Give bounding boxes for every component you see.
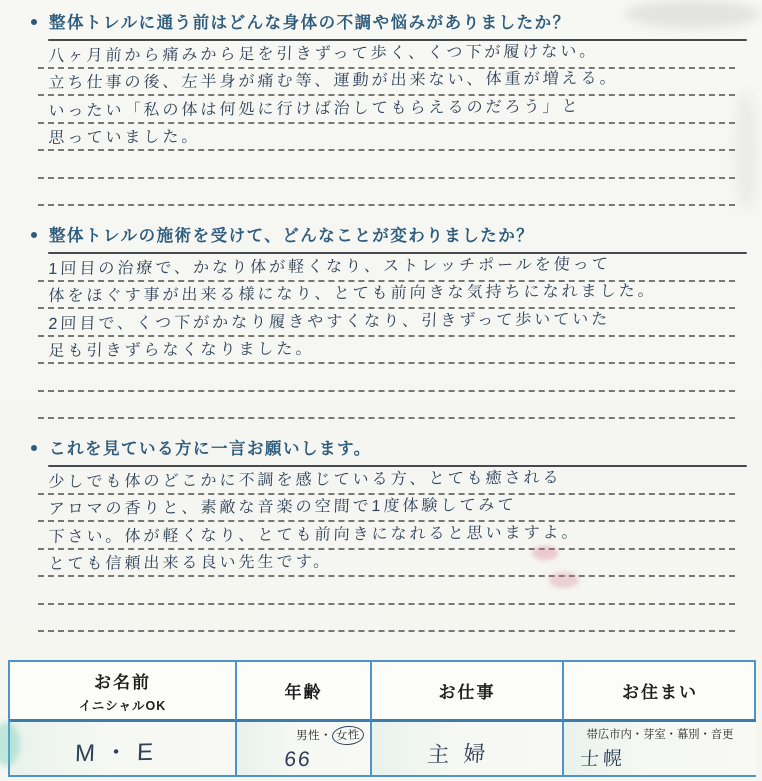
header-residence: お住まい [562, 662, 756, 722]
handwritten-text: いったい「私の体は何処に行けば治してもらえるのだろう」と [48, 99, 581, 120]
header-residence-label: お住まい [622, 678, 698, 703]
residence-cell: 帯広市内・芽室・幕別・音更 士幌 [562, 722, 756, 775]
answer-line: とても信頼出来る良い先生です。 [38, 550, 735, 578]
name-cell: M・E [10, 722, 235, 775]
answer-line: 1回目の治療で、かなり体が軽くなり、ストレッチポールを使って [38, 254, 735, 282]
header-age: 年齢 [235, 662, 370, 722]
answer-line: 足も引きずらなくなりました。 [38, 337, 735, 365]
question-row: 整体トレルの施術を受けて、どんなことが変わりましたか？ [31, 222, 762, 245]
answer-area: 八ヶ月前から痛みから足を引きずって歩く、くつ下が履けない。 立ち仕事の後、左半身… [38, 41, 735, 206]
bullet-icon [31, 445, 37, 451]
handwritten-text: とても信頼出来る良い先生です。 [48, 555, 333, 574]
scanned-questionnaire-page: 整体トレルに通う前はどんな身体の不調や悩みがありましたか？ 八ヶ月前から痛みから… [0, 0, 762, 781]
handwritten-text: アロマの香りと、素敵な音楽の空間で1度体験してみて [48, 498, 517, 519]
question-label: これを見ている方に一言お願いします。 [49, 435, 372, 459]
question-row: 整体トレルに通う前はどんな身体の不調や悩みがありましたか？ [31, 9, 762, 32]
bullet-icon [31, 19, 37, 25]
answer-line: いったい「私の体は何処に行けば治してもらえるのだろう」と [38, 96, 735, 124]
answer-line: 八ヶ月前から痛みから足を引きずって歩く、くつ下が履けない。 [38, 41, 735, 69]
handwritten-text: 八ヶ月前から痛みから足を引きずって歩く、くつ下が履けない。 [48, 44, 599, 66]
question-label: 整体トレルに通う前はどんな身体の不調や悩みがありましたか？ [49, 9, 571, 33]
respondent-info-table: お名前 イニシャルOK 年齢 お仕事 お住まい M・E 男性・女性 66 主婦 … [8, 660, 756, 777]
header-name: お名前 イニシャルOK [10, 662, 235, 722]
header-age-label: 年齢 [285, 678, 323, 703]
handwritten-text: 2回目で、くつ下がかなり履きやすくなり、引きずって歩いていた [48, 312, 611, 334]
answer-line [38, 151, 735, 179]
handwritten-residence: 士幌 [579, 744, 626, 772]
answer-line: 2回目で、くつ下がかなり履きやすくなり、引きずって歩いていた [38, 309, 735, 337]
handwritten-text: 足も引きずらなくなりました。 [48, 342, 315, 361]
handwritten-age: 66 [283, 748, 313, 772]
handwritten-text: 少しでも体のどこかに不調を感じている方、とても癒される [48, 470, 562, 491]
handwritten-text: 1回目の治療で、かなり体が軽くなり、ストレッチポールを使って [48, 257, 611, 279]
answer-area: 1回目の治療で、かなり体が軽くなり、ストレッチポールを使って 体をほぐす事が出来… [38, 254, 735, 419]
answer-line [38, 392, 735, 420]
answer-line: 少しでも体のどこかに不調を感じている方、とても癒される [38, 467, 735, 495]
job-cell: 主婦 [370, 722, 562, 775]
gender-circled-choice: 女性 [331, 725, 364, 746]
header-job: お仕事 [370, 662, 562, 722]
question-section-after: 整体トレルの施術を受けて、どんなことが変わりましたか？ 1回目の治療で、かなり体… [0, 222, 762, 419]
question-section-message: これを見ている方に一言お願いします。 少しでも体のどこかに不調を感じている方、と… [0, 435, 762, 632]
handwritten-text: 体をほぐす事が出来る様になり、とても前向きな気持ちになれました。 [48, 284, 657, 306]
age-cell: 男性・女性 66 [235, 722, 370, 775]
bullet-icon [31, 232, 37, 238]
gender-options: 男性・女性 [296, 726, 364, 745]
gender-option-male: 男性・ [296, 730, 332, 742]
question-row: これを見ている方に一言お願いします。 [31, 435, 762, 458]
answer-line: 立ち仕事の後、左半身が痛む等、運動が出来ない、体重が増える。 [38, 69, 735, 97]
answer-line: アロマの香りと、素敵な音楽の空間で1度体験してみて [38, 495, 735, 523]
header-name-sublabel: イニシャルOK [79, 696, 167, 714]
answer-line [38, 364, 735, 392]
answer-area: 少しでも体のどこかに不調を感じている方、とても癒される アロマの香りと、素敵な音… [38, 467, 735, 632]
header-name-label: お名前 [94, 668, 151, 693]
answer-line [38, 179, 735, 207]
answer-line: 体をほぐす事が出来る様になり、とても前向きな気持ちになれました。 [38, 282, 735, 310]
handwritten-text: 思っていました。 [48, 130, 201, 148]
answer-line: 思っていました。 [38, 124, 735, 152]
answer-line [38, 577, 735, 605]
answer-line: 下さい。体が軽くなり、とても前向きになれると思いますよ。 [38, 522, 735, 550]
handwritten-name: M・E [74, 731, 162, 768]
question-section-before: 整体トレルに通う前はどんな身体の不調や悩みがありましたか？ 八ヶ月前から痛みから… [0, 0, 762, 206]
handwritten-text: 立ち仕事の後、左半身が痛む等、運動が出来ない、体重が増える。 [48, 71, 619, 93]
answer-line [38, 605, 735, 633]
residence-options: 帯広市内・芽室・幕別・音更 [564, 726, 756, 742]
header-job-label: お仕事 [439, 678, 496, 703]
handwritten-job: 主婦 [427, 737, 501, 769]
question-label: 整体トレルの施術を受けて、どんなことが変わりましたか？ [49, 222, 534, 246]
handwritten-text: 下さい。体が軽くなり、とても前向きになれると思いますよ。 [48, 525, 581, 546]
